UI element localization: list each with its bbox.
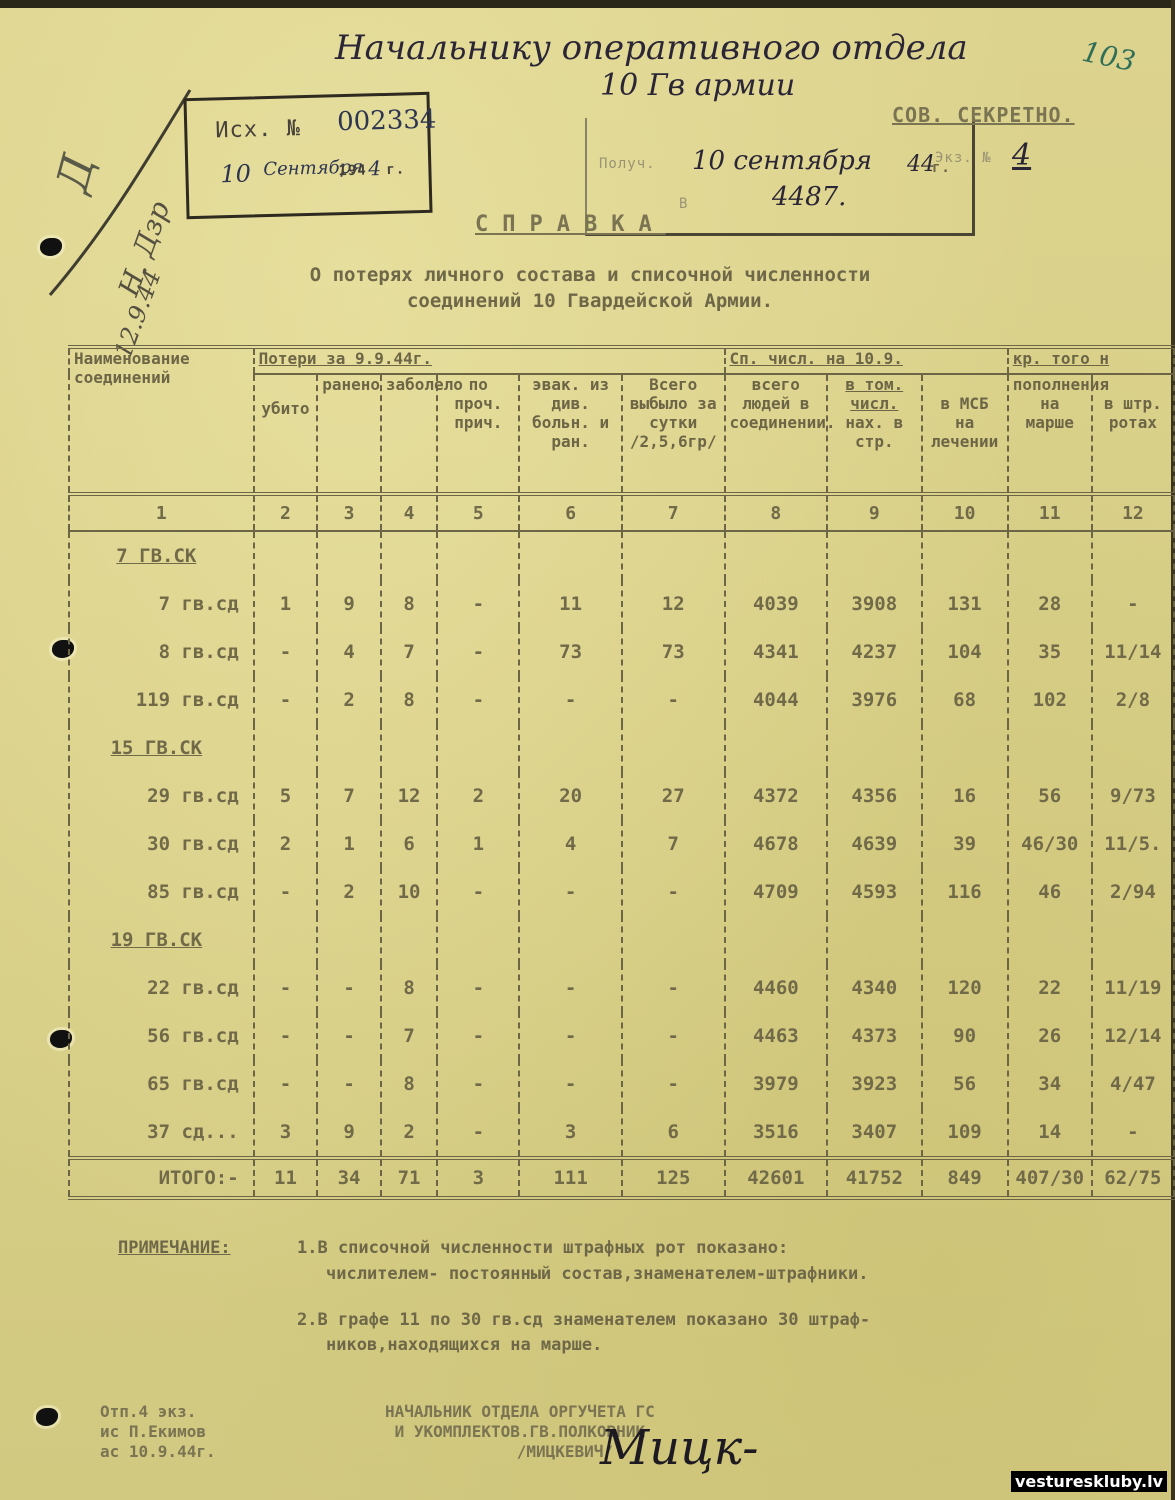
header-in-medical: в МСБ на лечении xyxy=(922,374,1008,494)
header-evacuated: эвак. из див. больн. и ран. xyxy=(519,374,622,494)
table-cell: - xyxy=(622,676,725,724)
table-row: 37 сд...392-363516340710914- xyxy=(69,1108,1174,1158)
table-cell: 8 xyxy=(381,1060,437,1108)
table-row: 56 гв.сд--7---44634373902612/14 xyxy=(69,1012,1174,1060)
table-cell xyxy=(622,724,725,772)
header-strength-group: Сп. числ. на 10.9. xyxy=(725,347,1008,374)
table-cell: - xyxy=(437,1012,519,1060)
table-cell: - xyxy=(1092,580,1174,628)
table-cell: 109 xyxy=(922,1108,1008,1158)
footer-left: Отп.4 экз. ис П.Екимов ас 10.9.44г. xyxy=(100,1402,216,1462)
table-cell: 4/47 xyxy=(1092,1060,1174,1108)
column-number: 4 xyxy=(381,494,437,531)
table-cell: 4639 xyxy=(827,820,921,868)
table-cell: 34 xyxy=(1008,1060,1092,1108)
outgoing-number: 002334 xyxy=(337,105,437,138)
table-cell: 16 xyxy=(922,772,1008,820)
table-cell xyxy=(254,531,318,580)
division-name: 119 гв.сд xyxy=(69,676,254,724)
table-cell: 104 xyxy=(922,628,1008,676)
table-cell: - xyxy=(437,580,519,628)
table-cell: 1 xyxy=(437,820,519,868)
table-cell: - xyxy=(622,1060,725,1108)
table-cell: 7 xyxy=(317,772,381,820)
table-cell: 120 xyxy=(922,964,1008,1012)
table-cell: 68 xyxy=(922,676,1008,724)
table-cell: 3976 xyxy=(827,676,921,724)
header-replacements: пополнения на марше xyxy=(1008,374,1092,494)
division-name: 8 гв.сд xyxy=(69,628,254,676)
outgoing-year-prefix: 194 xyxy=(338,162,367,179)
note2-line2: ников,находящихся на марше. xyxy=(326,1333,602,1357)
table-cell xyxy=(1008,916,1092,964)
table-cell: - xyxy=(254,1060,318,1108)
table-cell xyxy=(437,531,519,580)
table-cell xyxy=(381,531,437,580)
corps-group-row: 19 ГВ.СК xyxy=(69,916,1174,964)
document-subtitle: О потерях личного состава и списочной чи… xyxy=(205,262,975,314)
division-name: 85 гв.сд xyxy=(69,868,254,916)
handwritten-addressee-line2: 10 Гв армии xyxy=(600,68,795,103)
note2-line1: 2.В графе 11 по 30 гв.сд знаменателем по… xyxy=(297,1308,870,1332)
note1-line1: 1.В списочной численности штрафных рот п… xyxy=(297,1236,788,1260)
table-cell xyxy=(725,916,828,964)
table-cell: 10 xyxy=(381,868,437,916)
table-cell: 2 xyxy=(381,1108,437,1158)
table-row: 30 гв.сд216147467846393946/3011/5. xyxy=(69,820,1174,868)
table-cell xyxy=(922,724,1008,772)
table-cell: 6 xyxy=(381,820,437,868)
table-cell: 9 xyxy=(317,1108,381,1158)
table-cell: 4356 xyxy=(827,772,921,820)
incoming-number: 4487. xyxy=(772,182,846,212)
corps-name: 7 ГВ.СК xyxy=(69,531,254,580)
table-cell: - xyxy=(317,1012,381,1060)
subtitle-line1: О потерях личного состава и списочной чи… xyxy=(205,262,975,288)
outgoing-year-suffix: г. xyxy=(386,161,405,177)
table-cell: - xyxy=(254,676,318,724)
table-cell: - xyxy=(437,628,519,676)
table-cell: 56 xyxy=(922,1060,1008,1108)
table-cell: 4373 xyxy=(827,1012,921,1060)
table-cell xyxy=(381,724,437,772)
total-cell: 125 xyxy=(622,1158,725,1198)
table-cell: 28 xyxy=(1008,580,1092,628)
table-cell: 39 xyxy=(922,820,1008,868)
table-cell: 3516 xyxy=(725,1108,828,1158)
table-cell: - xyxy=(622,1012,725,1060)
signatory-title1: НАЧАЛЬНИК ОТДЕЛА ОРГУЧЕТА ГС xyxy=(385,1402,655,1422)
losses-table: Наименование соединений Потери за 9.9.44… xyxy=(68,345,1175,1200)
table-cell xyxy=(622,531,725,580)
footer-date: ас 10.9.44г. xyxy=(100,1442,216,1462)
table-cell: 22 xyxy=(1008,964,1092,1012)
table-cell: 14 xyxy=(1008,1108,1092,1158)
table-cell: 7 xyxy=(381,628,437,676)
division-name: 22 гв.сд xyxy=(69,964,254,1012)
scan-top-edge xyxy=(0,0,1175,8)
table-cell: 56 xyxy=(1008,772,1092,820)
table-cell: 4372 xyxy=(725,772,828,820)
table-cell: - xyxy=(254,628,318,676)
table-cell xyxy=(1092,724,1174,772)
corps-group-row: 7 ГВ.СК xyxy=(69,531,1174,580)
table-cell: - xyxy=(437,868,519,916)
table-cell xyxy=(1008,531,1092,580)
table-cell: 2/8 xyxy=(1092,676,1174,724)
table-cell: - xyxy=(519,1060,622,1108)
table-cell xyxy=(437,724,519,772)
table-cell xyxy=(1092,916,1174,964)
outgoing-stamp: Исх. № 002334 10 Сентября 194 4 г. xyxy=(183,92,432,219)
table-cell: - xyxy=(254,868,318,916)
corps-group-row: 15 ГВ.СК xyxy=(69,724,1174,772)
table-cell: 4340 xyxy=(827,964,921,1012)
table-cell: 4044 xyxy=(725,676,828,724)
header-total-people: всего людей в соединении. xyxy=(725,374,828,494)
table-cell: 9 xyxy=(317,580,381,628)
subtitle-line2: соединений 10 Гвардейской Армии. xyxy=(205,288,975,314)
table-cell xyxy=(519,724,622,772)
copy-number: 4 xyxy=(1012,138,1031,173)
table-cell: - xyxy=(254,964,318,1012)
table-cell: - xyxy=(622,964,725,1012)
table-cell xyxy=(922,916,1008,964)
table-cell: 4678 xyxy=(725,820,828,868)
table-cell: 3979 xyxy=(725,1060,828,1108)
table-cell xyxy=(725,531,828,580)
table-row: 7 гв.сд198-11124039390813128- xyxy=(69,580,1174,628)
header-losses-group: Потери за 9.9.44г. xyxy=(254,347,725,374)
table-cell: 46 xyxy=(1008,868,1092,916)
table-cell: 8 xyxy=(381,964,437,1012)
table-cell: - xyxy=(519,964,622,1012)
total-cell: 407/30 xyxy=(1008,1158,1092,1198)
table-row: 85 гв.сд-210---47094593116462/94 xyxy=(69,868,1174,916)
header-sick: заболело xyxy=(381,374,437,494)
table-cell xyxy=(725,724,828,772)
table-cell: 90 xyxy=(922,1012,1008,1060)
header-unit-name: Наименование соединений xyxy=(69,347,254,494)
column-number: 1 xyxy=(69,494,254,531)
incoming-in-label: В xyxy=(679,196,688,212)
outgoing-day: 10 xyxy=(220,160,251,189)
page-number-mark: 103 xyxy=(1079,35,1138,78)
total-cell: 62/75 xyxy=(1092,1158,1174,1198)
table-cell xyxy=(622,916,725,964)
header-row-groups: Наименование соединений Потери за 9.9.44… xyxy=(69,347,1174,374)
corps-name: 19 ГВ.СК xyxy=(69,916,254,964)
column-number: 8 xyxy=(725,494,828,531)
document-title: СПРАВКА xyxy=(475,212,666,237)
table-cell: 3 xyxy=(519,1108,622,1158)
table-cell: 4 xyxy=(317,628,381,676)
table-row: 65 гв.сд--8---3979392356344/47 xyxy=(69,1060,1174,1108)
division-name: 37 сд... xyxy=(69,1108,254,1158)
table-cell: - xyxy=(254,1012,318,1060)
table-cell: 8 xyxy=(381,676,437,724)
incoming-received-label: Получ. xyxy=(599,156,656,172)
total-cell: 3 xyxy=(437,1158,519,1198)
header-total-dropped: Всего выбыло за сутки /2,5,6гр/ xyxy=(622,374,725,494)
total-cell: 111 xyxy=(519,1158,622,1198)
table-row: 119 гв.сд-28---40443976681022/8 xyxy=(69,676,1174,724)
table-cell xyxy=(827,724,921,772)
column-number: 9 xyxy=(827,494,921,531)
table-cell: - xyxy=(519,676,622,724)
outgoing-label: Исх. № xyxy=(215,116,301,143)
table-cell: 4 xyxy=(519,820,622,868)
table-cell xyxy=(827,916,921,964)
table-cell: 4341 xyxy=(725,628,828,676)
total-label: ИТОГО:- xyxy=(69,1158,254,1198)
table-cell xyxy=(1008,724,1092,772)
signature: Мицк- xyxy=(600,1420,758,1476)
header-incl-label: в том. числ. xyxy=(832,375,916,413)
table-cell xyxy=(317,724,381,772)
division-name: 56 гв.сд xyxy=(69,1012,254,1060)
column-number: 11 xyxy=(1008,494,1092,531)
copy-number-label: Экз. № xyxy=(935,150,992,166)
table-cell xyxy=(381,916,437,964)
watermark: vestureskluby.lv xyxy=(1011,1471,1167,1492)
table-cell: 73 xyxy=(622,628,725,676)
total-cell: 42601 xyxy=(725,1158,828,1198)
header-extra-group: кр. того н xyxy=(1008,347,1174,374)
table-cell: - xyxy=(437,676,519,724)
division-name: 29 гв.сд xyxy=(69,772,254,820)
table-cell: 3908 xyxy=(827,580,921,628)
table-cell: 12/14 xyxy=(1092,1012,1174,1060)
table-cell: 4463 xyxy=(725,1012,828,1060)
total-cell: 11 xyxy=(254,1158,318,1198)
division-name: 30 гв.сд xyxy=(69,820,254,868)
handwritten-addressee-line1: Начальнику оперативного отдела xyxy=(335,28,968,68)
table-cell: - xyxy=(519,868,622,916)
table-cell: 6 xyxy=(622,1108,725,1158)
table-cell: 2 xyxy=(254,820,318,868)
table-cell xyxy=(922,531,1008,580)
table-cell: 2 xyxy=(437,772,519,820)
table-cell: 20 xyxy=(519,772,622,820)
footer-executor: ис П.Екимов xyxy=(100,1422,216,1442)
incoming-date: 10 сентября xyxy=(692,146,872,176)
table-body: 7 ГВ.СК7 гв.сд198-11124039390813128-8 гв… xyxy=(69,531,1174,1158)
header-wounded: ранено xyxy=(317,374,381,494)
table-cell: - xyxy=(519,1012,622,1060)
corps-name: 15 ГВ.СК xyxy=(69,724,254,772)
note-label: ПРИМЕЧАНИЕ: xyxy=(118,1236,231,1260)
table-cell: 73 xyxy=(519,628,622,676)
table-cell: - xyxy=(437,1060,519,1108)
total-row: ИТОГО:- 11 34 71 3 111 125 42601 41752 8… xyxy=(69,1158,1174,1198)
table-cell xyxy=(519,531,622,580)
table-cell: 12 xyxy=(381,772,437,820)
table-cell xyxy=(519,916,622,964)
table-cell: 131 xyxy=(922,580,1008,628)
total-cell: 34 xyxy=(317,1158,381,1198)
note1-line2: числителем- постоянный состав,знаменател… xyxy=(326,1262,868,1286)
total-cell: 849 xyxy=(922,1158,1008,1198)
table-cell: 3923 xyxy=(827,1060,921,1108)
table-cell: 11/5. xyxy=(1092,820,1174,868)
table-row: 29 гв.сд5712220274372435616569/73 xyxy=(69,772,1174,820)
table-cell xyxy=(317,531,381,580)
table-cell xyxy=(317,916,381,964)
table-cell: 8 xyxy=(381,580,437,628)
classification-label: СОВ. СЕКРЕТНО. xyxy=(892,103,1075,127)
table-cell: 1 xyxy=(317,820,381,868)
table-cell: 116 xyxy=(922,868,1008,916)
table-cell: 4709 xyxy=(725,868,828,916)
header-in-units: в том. числ.нах. в стр. xyxy=(827,374,921,494)
table-cell xyxy=(1092,531,1174,580)
table-cell: 1 xyxy=(254,580,318,628)
division-name: 7 гв.сд xyxy=(69,580,254,628)
table-row: 8 гв.сд-47-7373434142371043511/14 xyxy=(69,628,1174,676)
column-number: 12 xyxy=(1092,494,1174,531)
table-cell: 9/73 xyxy=(1092,772,1174,820)
column-number: 7 xyxy=(622,494,725,531)
table-cell xyxy=(437,916,519,964)
table-cell xyxy=(254,916,318,964)
table-row: 22 гв.сд--8---446043401202211/19 xyxy=(69,964,1174,1012)
table-cell: 2 xyxy=(317,868,381,916)
table-cell: 4593 xyxy=(827,868,921,916)
punch-hole xyxy=(36,1408,58,1426)
column-number: 2 xyxy=(254,494,318,531)
division-name: 65 гв.сд xyxy=(69,1060,254,1108)
table-cell: 5 xyxy=(254,772,318,820)
footer-copies: Отп.4 экз. xyxy=(100,1402,216,1422)
table-cell: 46/30 xyxy=(1008,820,1092,868)
table-cell xyxy=(254,724,318,772)
table-cell: 4039 xyxy=(725,580,828,628)
table-cell: 7 xyxy=(381,1012,437,1060)
table-cell: 35 xyxy=(1008,628,1092,676)
total-cell: 41752 xyxy=(827,1158,921,1198)
incoming-year: 44 xyxy=(907,152,935,177)
table-cell: 4237 xyxy=(827,628,921,676)
table-cell: - xyxy=(437,964,519,1012)
table-cell: 102 xyxy=(1008,676,1092,724)
table-cell: 7 xyxy=(622,820,725,868)
table-cell: - xyxy=(317,964,381,1012)
table-cell: - xyxy=(437,1108,519,1158)
column-number-row: 1 2 3 4 5 6 7 8 9 10 11 12 xyxy=(69,494,1174,531)
column-number: 10 xyxy=(922,494,1008,531)
column-number: 3 xyxy=(317,494,381,531)
total-cell: 71 xyxy=(381,1158,437,1198)
header-killed: убито xyxy=(254,374,318,494)
table-cell: 4460 xyxy=(725,964,828,1012)
table-cell: 2/94 xyxy=(1092,868,1174,916)
table-cell: 11/19 xyxy=(1092,964,1174,1012)
table-cell: - xyxy=(1092,1108,1174,1158)
table-cell: 11/14 xyxy=(1092,628,1174,676)
table-cell: - xyxy=(317,1060,381,1108)
table-cell: 3 xyxy=(254,1108,318,1158)
table-cell: 27 xyxy=(622,772,725,820)
outgoing-year-digit: 4 xyxy=(368,156,381,180)
column-number: 6 xyxy=(519,494,622,531)
table-cell: 2 xyxy=(317,676,381,724)
table-cell: 26 xyxy=(1008,1012,1092,1060)
table-cell xyxy=(827,531,921,580)
table-cell: 11 xyxy=(519,580,622,628)
table-cell: 12 xyxy=(622,580,725,628)
table-cell: - xyxy=(622,868,725,916)
table-cell: 3407 xyxy=(827,1108,921,1158)
column-number: 5 xyxy=(437,494,519,531)
